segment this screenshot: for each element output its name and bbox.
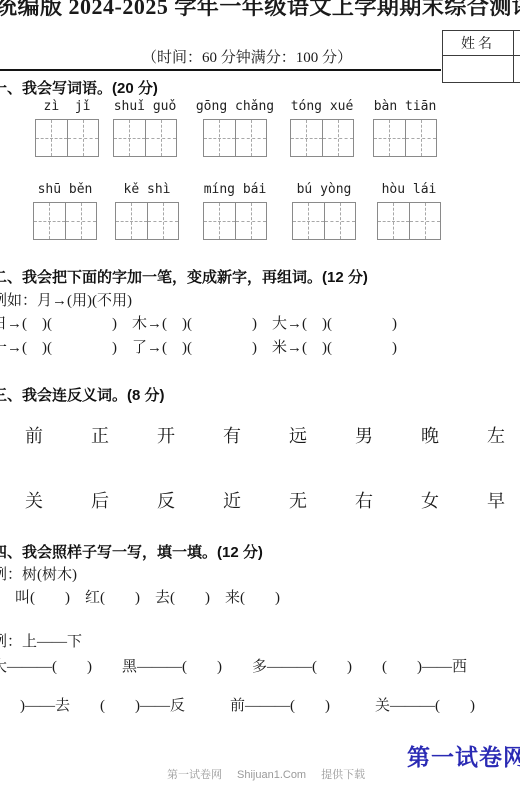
tianzige-box <box>377 202 441 240</box>
word-unit: kě shì <box>115 181 179 240</box>
section4-line2: 大———( ) 黑———( ) 多———( ) ( )——西 <box>0 658 467 677</box>
tianzige-cell <box>66 203 97 239</box>
tianzige-cell <box>293 203 325 239</box>
tianzige-cell <box>323 120 354 156</box>
footer-site-name: 第一试卷网 <box>167 769 222 782</box>
antonym-char: 前 <box>25 425 43 447</box>
word-unit: tóng xué <box>290 98 354 157</box>
tianzige-cell <box>116 203 148 239</box>
tianzige-cell <box>68 120 99 156</box>
word-unit: shuǐ guǒ <box>113 98 177 157</box>
section4-example2: 例：上——下 <box>0 633 82 652</box>
tianzige-cell <box>148 203 179 239</box>
word-unit: zì jǐ <box>35 98 99 157</box>
tianzige-box <box>203 202 267 240</box>
antonym-char: 关 <box>25 490 43 512</box>
antonym-char: 无 <box>289 490 307 512</box>
tianzige-cell <box>406 120 437 156</box>
name-field-table: 姓名 <box>442 30 520 83</box>
word-unit: hòu lái <box>377 181 441 240</box>
site-logo[interactable]: 第一试卷网 <box>407 744 520 771</box>
tianzige-cell <box>378 203 410 239</box>
name-label: 姓名 <box>443 31 514 56</box>
antonym-char: 男 <box>355 425 373 447</box>
time-score-info: （时间：60 分钟满分：100 分） <box>142 49 352 67</box>
antonym-char: 右 <box>355 490 373 512</box>
pinyin-label: bàn tiān <box>374 98 437 115</box>
antonym-char: 有 <box>223 425 241 447</box>
antonym-char: 晚 <box>421 425 439 447</box>
section1-heading: 一、我会写词语。(20 分) <box>0 79 158 98</box>
antonym-char: 远 <box>289 425 307 447</box>
tianzige-cell <box>410 203 441 239</box>
section2-heading: 二、我会把下面的字加一笔，变成新字，再组词。(12 分) <box>0 268 368 287</box>
tianzige-box <box>113 119 177 157</box>
pinyin-label: gōng chǎng <box>196 98 274 115</box>
tianzige-box <box>115 202 179 240</box>
tianzige-cell <box>114 120 146 156</box>
pinyin-label: míng bái <box>204 181 267 198</box>
section4-line3: ( )——去 ( )——反 前———( ) 关———( ) <box>0 697 475 716</box>
tianzige-box <box>373 119 437 157</box>
antonym-char: 反 <box>157 490 175 512</box>
tianzige-cell <box>325 203 356 239</box>
paper-title: 统编版 2024-2025 学年一年级语文上学期期末综合测评卷 <box>0 0 520 19</box>
name-input-cell[interactable] <box>514 31 520 56</box>
antonym-char: 开 <box>157 425 175 447</box>
tianzige-box <box>33 202 97 240</box>
antonym-char: 女 <box>421 490 439 512</box>
header-divider <box>0 69 441 71</box>
pinyin-label: hòu lái <box>382 181 437 198</box>
antonym-char: 早 <box>487 490 505 512</box>
section2-example: 例如：月→(用)(不用) <box>0 292 132 311</box>
tianzige-cell <box>36 120 68 156</box>
pinyin-label: bú yòng <box>297 181 352 198</box>
footer-site-url[interactable]: Shijuan1.Com <box>237 769 306 782</box>
section4-line1: 叫( ) 红( ) 去( ) 来( ) <box>15 589 280 608</box>
tianzige-cell <box>204 203 236 239</box>
word-unit: gōng chǎng <box>203 98 267 157</box>
tianzige-cell <box>146 120 177 156</box>
tianzige-box <box>203 119 267 157</box>
name-row2-cell[interactable] <box>443 56 514 83</box>
antonym-char: 左 <box>487 425 505 447</box>
tianzige-box <box>290 119 354 157</box>
word-unit: míng bái <box>203 181 267 240</box>
section3-heading: 三、我会连反义词。(8 分) <box>0 386 165 405</box>
tianzige-cell <box>236 203 267 239</box>
tianzige-box <box>35 119 99 157</box>
word-unit: bú yòng <box>292 181 356 240</box>
antonym-char: 后 <box>91 490 109 512</box>
pinyin-label: shū běn <box>38 181 93 198</box>
pinyin-label: zì jǐ <box>44 98 91 115</box>
name-row2-cell[interactable] <box>514 56 520 83</box>
tianzige-box <box>292 202 356 240</box>
section4-heading: 四、我会照样子写一写，填一填。(12 分) <box>0 543 263 562</box>
section4-example1: 例：树(树木) <box>0 566 77 585</box>
antonym-char: 近 <box>223 490 241 512</box>
antonym-row-bottom: 关 后 反 近 无 右 女 早 <box>25 490 505 512</box>
pinyin-label: kě shì <box>124 181 171 198</box>
tianzige-cell <box>204 120 236 156</box>
footer-credits: 第一试卷网 Shijuan1.Com 提供下载 <box>167 769 365 782</box>
tianzige-cell <box>236 120 267 156</box>
tianzige-cell <box>291 120 323 156</box>
pinyin-label: shuǐ guǒ <box>114 98 177 115</box>
section2-line2: 一→( )( ) 了→( )( ) 米→( )( ) <box>0 339 397 358</box>
section2-line1: 日→( )( ) 木→( )( ) 大→( )( ) <box>0 315 397 334</box>
antonym-row-top: 前 正 开 有 远 男 晚 左 <box>25 425 505 447</box>
antonym-char: 正 <box>91 425 109 447</box>
tianzige-cell <box>374 120 406 156</box>
tianzige-cell <box>34 203 66 239</box>
exam-paper-page: 统编版 2024-2025 学年一年级语文上学期期末综合测评卷 （时间：60 分… <box>0 0 520 786</box>
word-unit: bàn tiān <box>373 98 437 157</box>
word-unit: shū běn <box>33 181 97 240</box>
pinyin-label: tóng xué <box>291 98 354 115</box>
footer-download-hint: 提供下载 <box>321 769 365 782</box>
